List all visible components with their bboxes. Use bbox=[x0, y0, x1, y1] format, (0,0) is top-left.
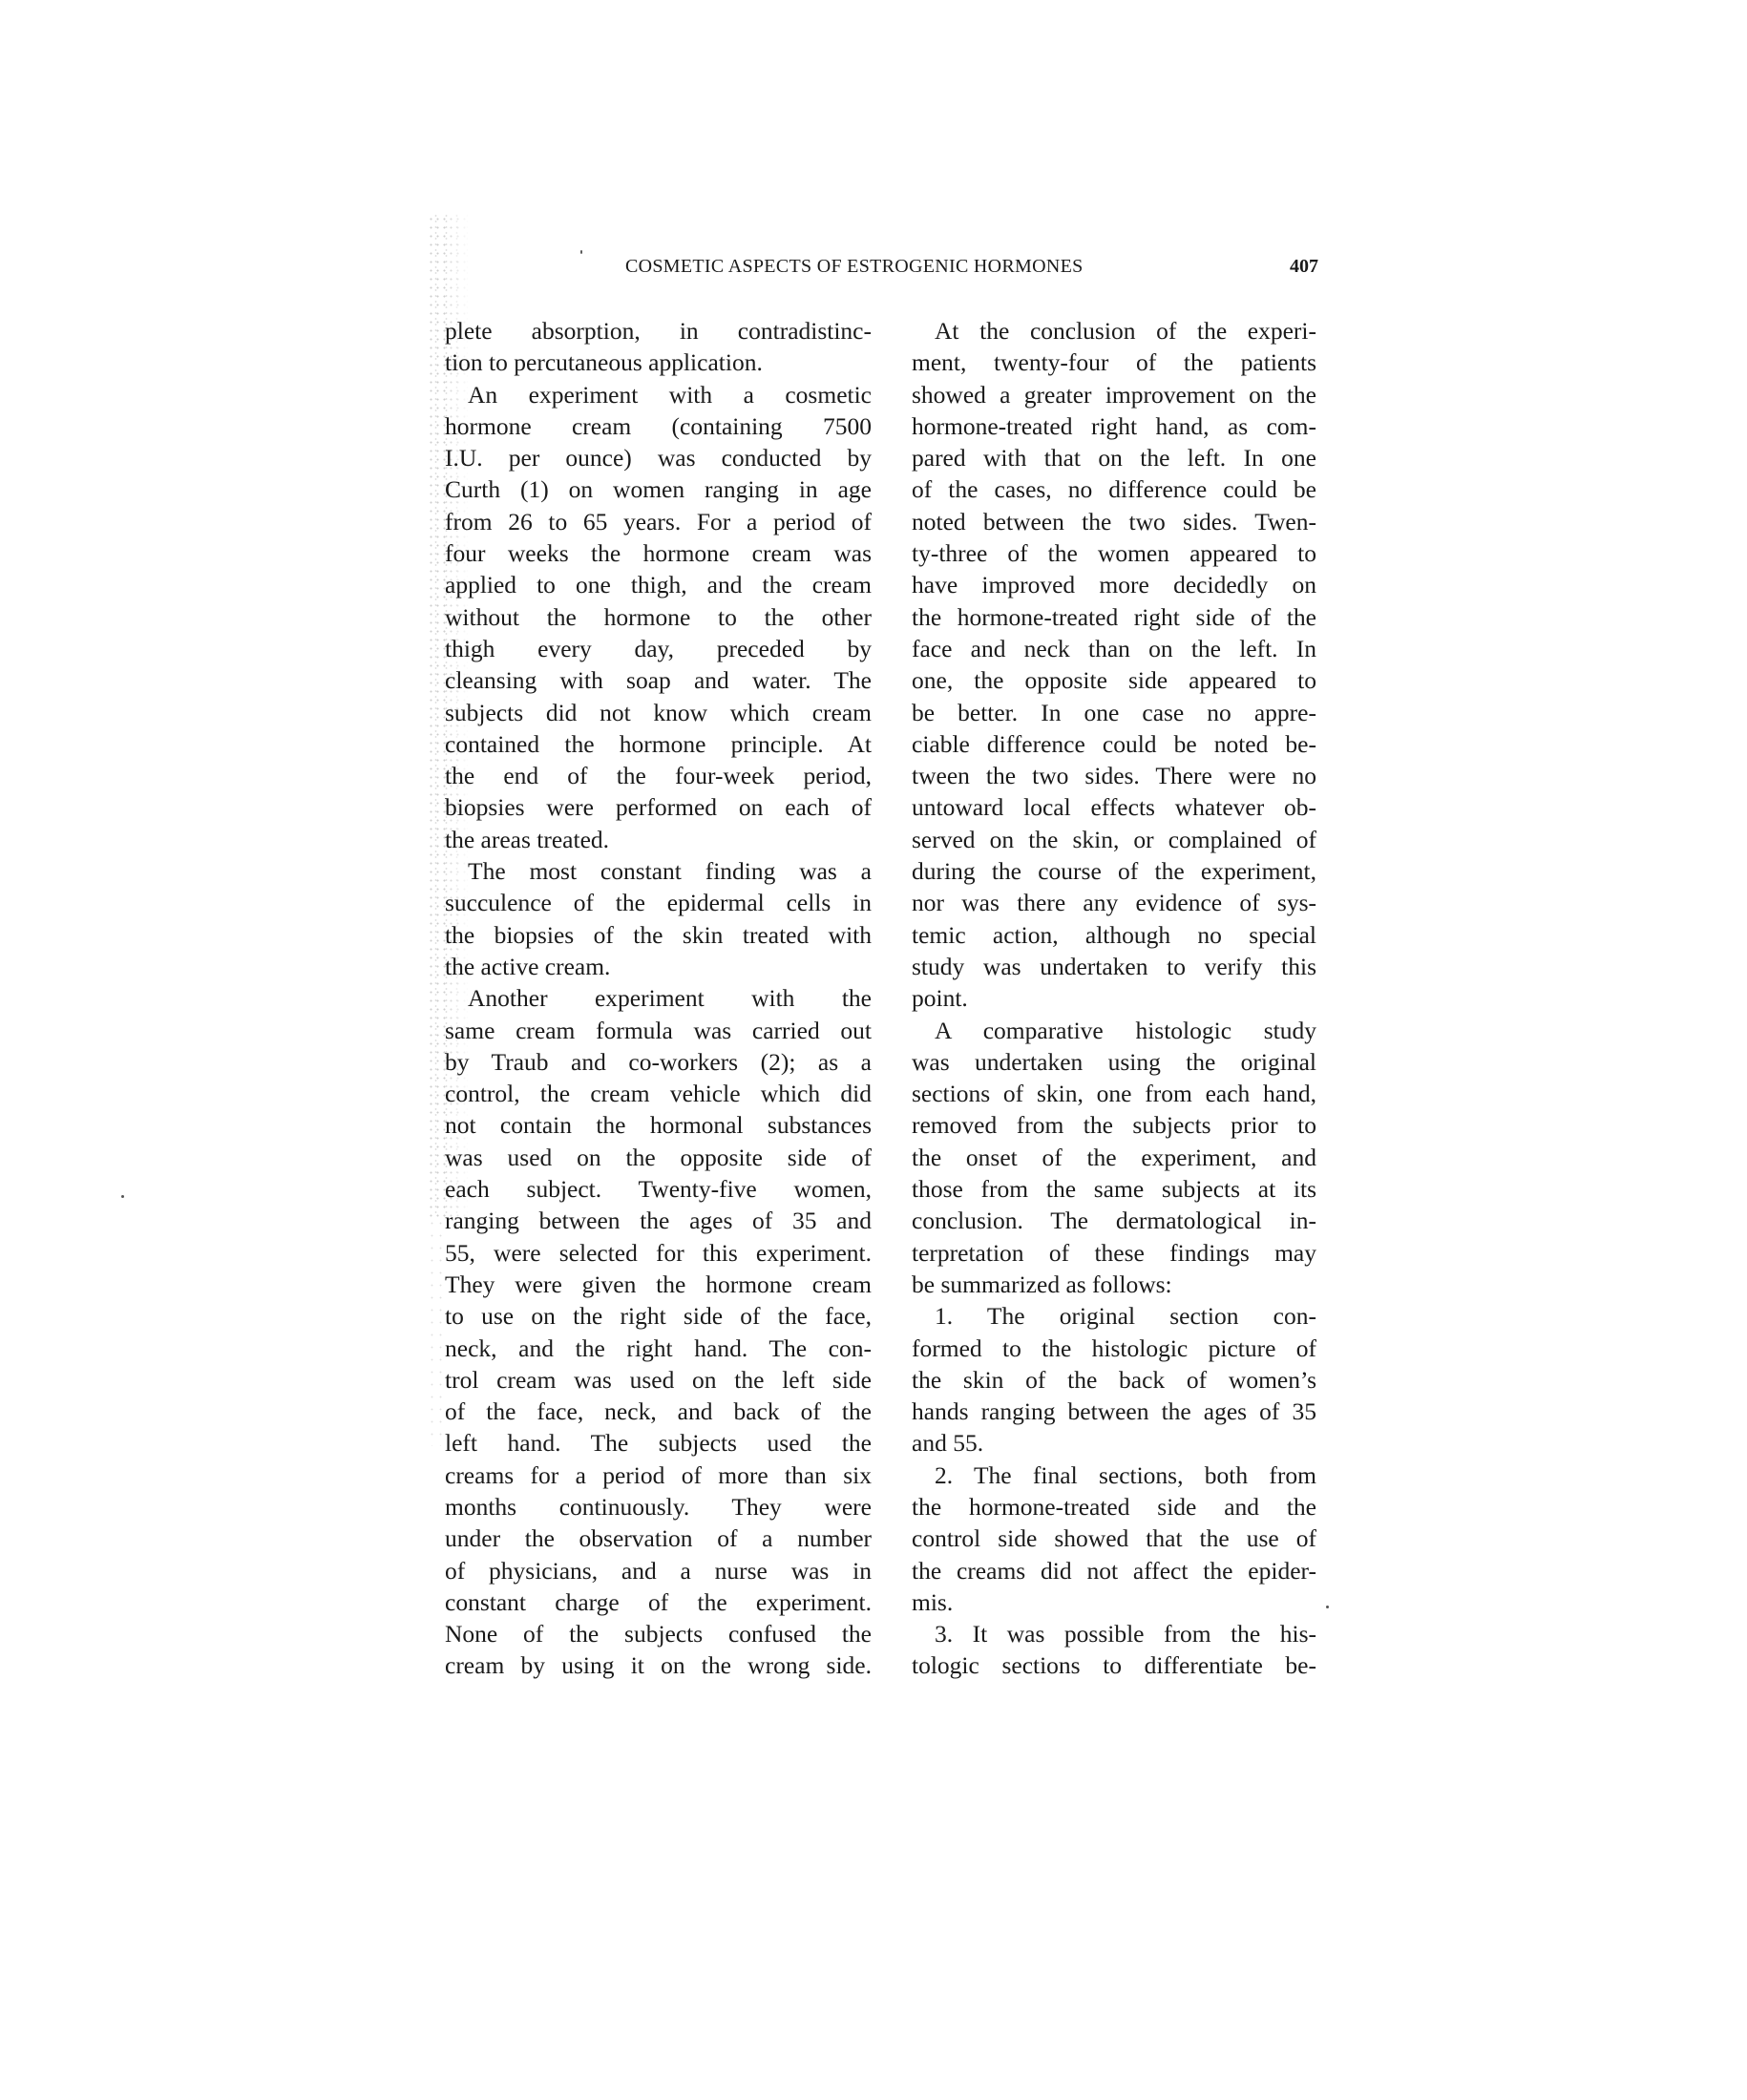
text-line: study was undertaken to verify this bbox=[912, 951, 1316, 982]
text-line: 55, were selected for this experiment. bbox=[445, 1237, 872, 1269]
text-line: have improved more decidedly on bbox=[912, 569, 1316, 600]
text-line: point. bbox=[912, 982, 1316, 1014]
text-line: Another experiment with the bbox=[445, 982, 872, 1014]
text-line: and 55. bbox=[912, 1427, 1316, 1459]
text-line: was undertaken using the original bbox=[912, 1046, 1316, 1078]
text-line: constant charge of the experiment. bbox=[445, 1586, 872, 1618]
text-line: left hand. The subjects used the bbox=[445, 1427, 872, 1459]
text-line: ranging between the ages of 35 and bbox=[445, 1205, 872, 1236]
text-line: of physicians, and a nurse was in bbox=[445, 1555, 872, 1586]
text-line: removed from the subjects prior to bbox=[912, 1109, 1316, 1141]
page-number: 407 bbox=[1290, 256, 1318, 278]
text-line: 3. It was possible from the his- bbox=[912, 1618, 1316, 1649]
text-line: ment, twenty-four of the patients bbox=[912, 346, 1316, 378]
text-line: the active cream. bbox=[445, 951, 872, 982]
text-line: They were given the hormone cream bbox=[445, 1269, 872, 1300]
text-line: None of the subjects confused the bbox=[445, 1618, 872, 1649]
text-line: those from the same subjects at its bbox=[912, 1173, 1316, 1205]
text-line: was used on the opposite side of bbox=[445, 1142, 872, 1173]
text-line: by Traub and co-workers (2); as a bbox=[445, 1046, 872, 1078]
text-line: 1. The original section con- bbox=[912, 1300, 1316, 1332]
scan-noise-artifact-lower bbox=[428, 1217, 447, 1446]
text-line: An experiment with a cosmetic bbox=[445, 379, 872, 410]
text-line: face and neck than on the left. In bbox=[912, 633, 1316, 664]
text-line: tion to percutaneous application. bbox=[445, 346, 872, 378]
text-line: be better. In one case no appre- bbox=[912, 697, 1316, 728]
text-line: the biopsies of the skin treated with bbox=[445, 919, 872, 951]
right-column: At the conclusion of the experi-ment, tw… bbox=[912, 315, 1316, 1682]
text-line: each subject. Twenty-five women, bbox=[445, 1173, 872, 1205]
text-line: formed to the histologic picture of bbox=[912, 1333, 1316, 1364]
text-line: I.U. per ounce) was conducted by bbox=[445, 442, 872, 473]
text-line: subjects did not know which cream bbox=[445, 697, 872, 728]
text-line: tologic sections to differentiate be- bbox=[912, 1649, 1316, 1681]
text-line: At the conclusion of the experi- bbox=[912, 315, 1316, 346]
text-line: four weeks the hormone cream was bbox=[445, 537, 872, 569]
text-line: not contain the hormonal substances bbox=[445, 1109, 872, 1141]
text-line: months continuously. They were bbox=[445, 1491, 872, 1522]
text-line: mis. bbox=[912, 1586, 1316, 1618]
text-line: neck, and the right hand. The con- bbox=[445, 1333, 872, 1364]
text-line: plete absorption, in contradistinc- bbox=[445, 315, 872, 346]
text-line: served on the skin, or complained of bbox=[912, 824, 1316, 855]
text-line: creams for a period of more than six bbox=[445, 1459, 872, 1491]
text-line: control side showed that the use of bbox=[912, 1522, 1316, 1554]
text-line: cleansing with soap and water. The bbox=[445, 664, 872, 696]
text-line: The most constant finding was a bbox=[445, 855, 872, 887]
text-line: noted between the two sides. Twen- bbox=[912, 506, 1316, 537]
text-line: the skin of the back of women’s bbox=[912, 1364, 1316, 1396]
text-line: to use on the right side of the face, bbox=[445, 1300, 872, 1332]
text-line: ty-three of the women appeared to bbox=[912, 537, 1316, 569]
text-line: Curth (1) on women ranging in age bbox=[445, 473, 872, 505]
text-line: the hormone-treated right side of the bbox=[912, 601, 1316, 633]
stray-mark bbox=[580, 250, 582, 254]
text-line: showed a greater improvement on the bbox=[912, 379, 1316, 410]
text-line: same cream formula was carried out bbox=[445, 1015, 872, 1046]
stray-mark bbox=[121, 1195, 124, 1198]
text-line: ciable difference could be noted be- bbox=[912, 728, 1316, 760]
text-line: tween the two sides. There were no bbox=[912, 760, 1316, 791]
text-line: during the course of the experiment, bbox=[912, 855, 1316, 887]
text-line: the hormone-treated side and the bbox=[912, 1491, 1316, 1522]
text-line: pared with that on the left. In one bbox=[912, 442, 1316, 473]
text-line: untoward local effects whatever ob- bbox=[912, 791, 1316, 823]
text-line: succulence of the epidermal cells in bbox=[445, 887, 872, 918]
text-line: from 26 to 65 years. For a period of bbox=[445, 506, 872, 537]
text-line: nor was there any evidence of sys- bbox=[912, 887, 1316, 918]
stray-mark bbox=[1326, 1606, 1329, 1608]
text-line: terpretation of these findings may bbox=[912, 1237, 1316, 1269]
text-line: trol cream was used on the left side bbox=[445, 1364, 872, 1396]
scanned-page: COSMETIC ASPECTS OF ESTROGENIC HORMONES … bbox=[0, 0, 1747, 2100]
text-line: hands ranging between the ages of 35 bbox=[912, 1396, 1316, 1427]
text-line: of the face, neck, and back of the bbox=[445, 1396, 872, 1427]
text-line: applied to one thigh, and the cream bbox=[445, 569, 872, 600]
text-line: biopsies were performed on each of bbox=[445, 791, 872, 823]
text-line: temic action, although no special bbox=[912, 919, 1316, 951]
text-line: the end of the four-week period, bbox=[445, 760, 872, 791]
text-line: A comparative histologic study bbox=[912, 1015, 1316, 1046]
text-line: under the observation of a number bbox=[445, 1522, 872, 1554]
text-line: the creams did not affect the epider- bbox=[912, 1555, 1316, 1586]
text-line: contained the hormone principle. At bbox=[445, 728, 872, 760]
text-line: 2. The final sections, both from bbox=[912, 1459, 1316, 1491]
text-line: conclusion. The dermatological in- bbox=[912, 1205, 1316, 1236]
text-line: hormone cream (containing 7500 bbox=[445, 410, 872, 442]
left-column: plete absorption, in contradistinc-tion … bbox=[445, 315, 872, 1682]
text-line: cream by using it on the wrong side. bbox=[445, 1649, 872, 1681]
text-line: the onset of the experiment, and bbox=[912, 1142, 1316, 1173]
text-line: be summarized as follows: bbox=[912, 1269, 1316, 1300]
text-line: sections of skin, one from each hand, bbox=[912, 1078, 1316, 1109]
text-line: one, the opposite side appeared to bbox=[912, 664, 1316, 696]
text-line: hormone-treated right hand, as com- bbox=[912, 410, 1316, 442]
running-head-title: COSMETIC ASPECTS OF ESTROGENIC HORMONES bbox=[625, 256, 1084, 278]
text-line: without the hormone to the other bbox=[445, 601, 872, 633]
text-line: thigh every day, preceded by bbox=[445, 633, 872, 664]
text-line: the areas treated. bbox=[445, 824, 872, 855]
text-line: control, the cream vehicle which did bbox=[445, 1078, 872, 1109]
text-line: of the cases, no difference could be bbox=[912, 473, 1316, 505]
